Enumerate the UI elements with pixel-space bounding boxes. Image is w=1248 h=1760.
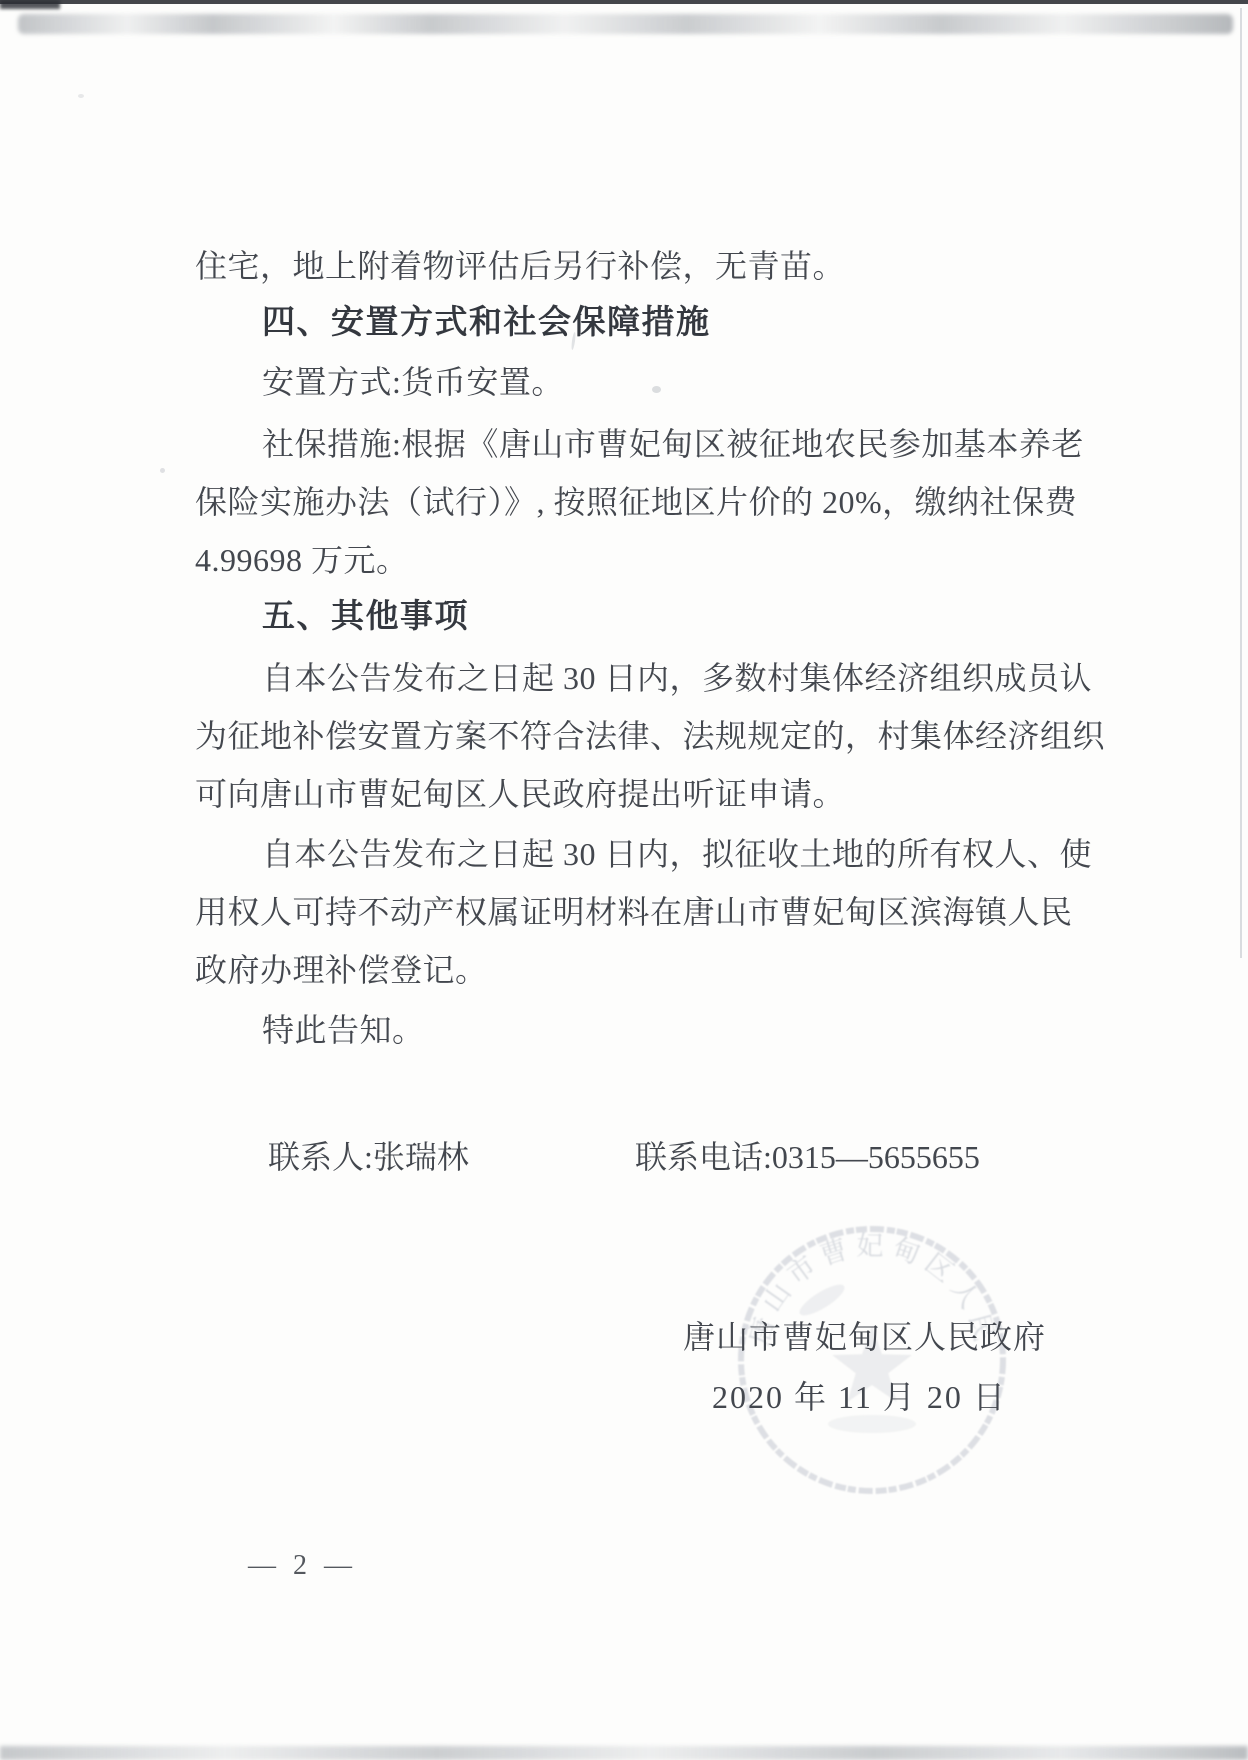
- body-line: 为征地补偿安置方案不符合法律、法规规定的，村集体经济组织: [195, 718, 1105, 754]
- section-heading-four: 四、安置方式和社会保障措施: [262, 304, 711, 340]
- body-line: 特此告知。: [262, 1012, 425, 1048]
- scan-artifact-bottom-streak: [0, 1746, 1248, 1760]
- body-line: 用权人可持不动产权属证明材料在唐山市曹妃甸区滨海镇人民: [195, 894, 1073, 930]
- body-line: 自本公告发布之日起 30 日内，拟征收土地的所有权人、使: [262, 836, 1092, 872]
- scan-artifact-top-streak: [18, 14, 1233, 34]
- body-line: 政府办理补偿登记。: [195, 952, 488, 988]
- scanned-document-page: 住宅，地上附着物评估后另行补偿，无青苗。 四、安置方式和社会保障措施 安置方式:…: [0, 0, 1248, 1760]
- body-line: 保险实施办法（试行）》, 按照征地区片价的 20%，缴纳社保费: [195, 484, 1077, 520]
- scan-speck: [160, 468, 165, 473]
- contact-phone: 联系电话:0315—5655655: [635, 1132, 980, 1178]
- scan-artifact-right-edge: [1240, 8, 1242, 958]
- body-line: 可向唐山市曹妃甸区人民政府提出听证申请。: [195, 776, 845, 812]
- contact-person: 联系人:张瑞林: [268, 1132, 469, 1178]
- body-line: 社保措施:根据《唐山市曹妃甸区被征地农民参加基本养老: [262, 426, 1084, 462]
- body-line: 安置方式:货币安置。: [262, 364, 564, 400]
- body-line: 4.99698 万元。: [195, 542, 409, 578]
- scan-artifact-top-left-blob: [0, 0, 60, 9]
- issuing-authority: 唐山市曹妃甸区人民政府: [683, 1312, 1046, 1358]
- scan-artifact-top-edge: [0, 0, 1248, 4]
- body-line: 住宅，地上附着物评估后另行补偿，无青苗。: [195, 248, 845, 284]
- body-line: 自本公告发布之日起 30 日内，多数村集体经济组织成员认: [262, 660, 1092, 696]
- page-number: — 2 —: [248, 1550, 357, 1582]
- scan-speck: [652, 386, 661, 393]
- scan-speck: [78, 94, 84, 98]
- official-seal: 唐山市曹妃甸区人民政府: [722, 1210, 1022, 1510]
- section-heading-five: 五、其他事项: [262, 598, 469, 634]
- issue-date: 2020 年 11 月 20 日: [712, 1372, 1007, 1418]
